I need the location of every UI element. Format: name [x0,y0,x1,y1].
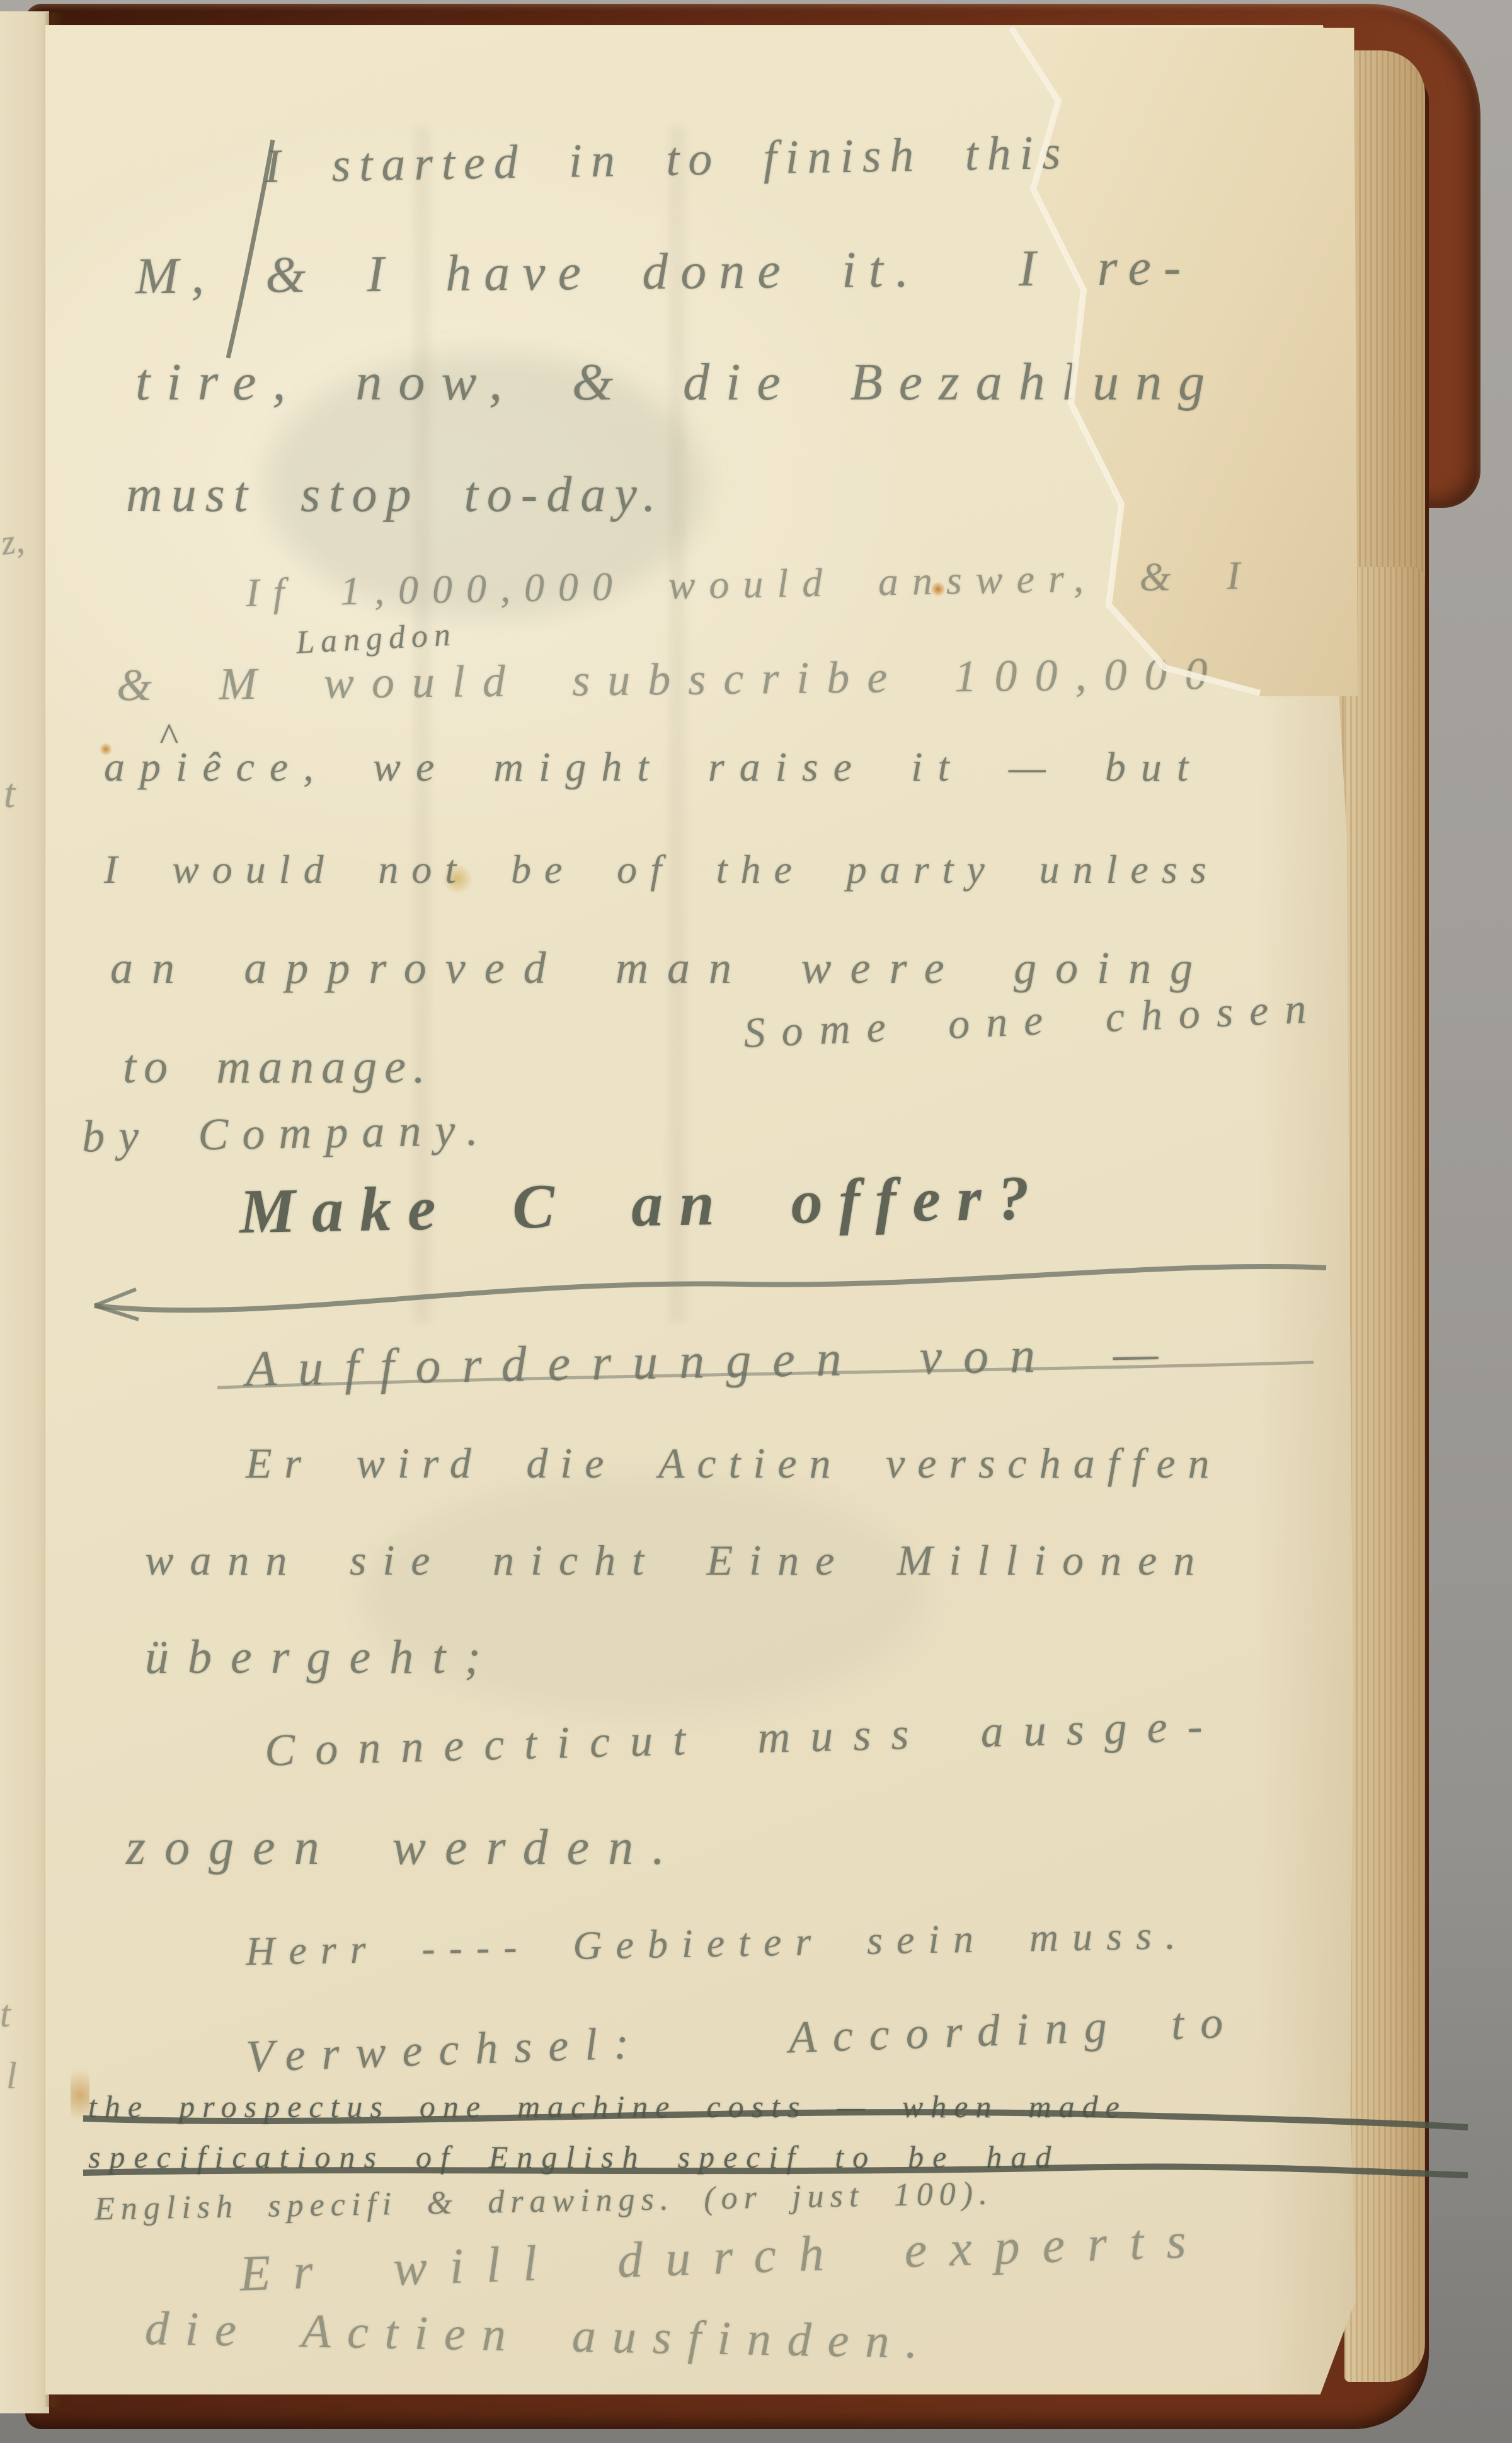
handwritten-line: wann sie nicht Eine Millionen [145,1539,1211,1582]
struck-through-line: the prospectus one machine costs — when … [88,2091,1127,2122]
handwritten-line: M, & I have done it. I re- [135,241,1194,302]
handwritten-line: to manage. [123,1043,433,1091]
handwritten-line: apiêce, we might raise it — but [104,747,1203,788]
page-edge-stack-lower [1344,567,1425,2382]
handwritten-line: I would not be of the party unless [104,849,1220,890]
handwritten-line: zogen werden. [126,1822,684,1873]
margin-fragment: t [4,770,15,818]
margin-fragment: l [6,2054,17,2098]
handwritten-line: by Company. [81,1107,492,1159]
struck-through-line: specifications of English specif to be h… [88,2141,1060,2173]
handwritten-line: must stop to-day. [126,469,664,520]
handwritten-line: & M would subscribe 100,000 [117,651,1225,708]
previous-page-edge [0,11,49,2413]
handwritten-line: tire, now, & die Bezahlung [135,356,1221,409]
margin-fragment: t [0,1992,11,2036]
handwritten-line: übergeht; [145,1633,500,1681]
handwritten-line: die Actien ausfinden. [144,2304,934,2366]
interlined-insertion: Langdon [295,618,457,659]
handwritten-line: Er wird die Actien verschaffen [246,1442,1222,1485]
photograph-backdrop: z, t t l I started in to finish this M, … [0,0,1512,2443]
handwritten-line: Make C an offer? [239,1166,1046,1243]
page-crease [669,126,685,1323]
handwritten-line: an approved man were going [110,945,1211,991]
stain-spot [71,2061,89,2130]
